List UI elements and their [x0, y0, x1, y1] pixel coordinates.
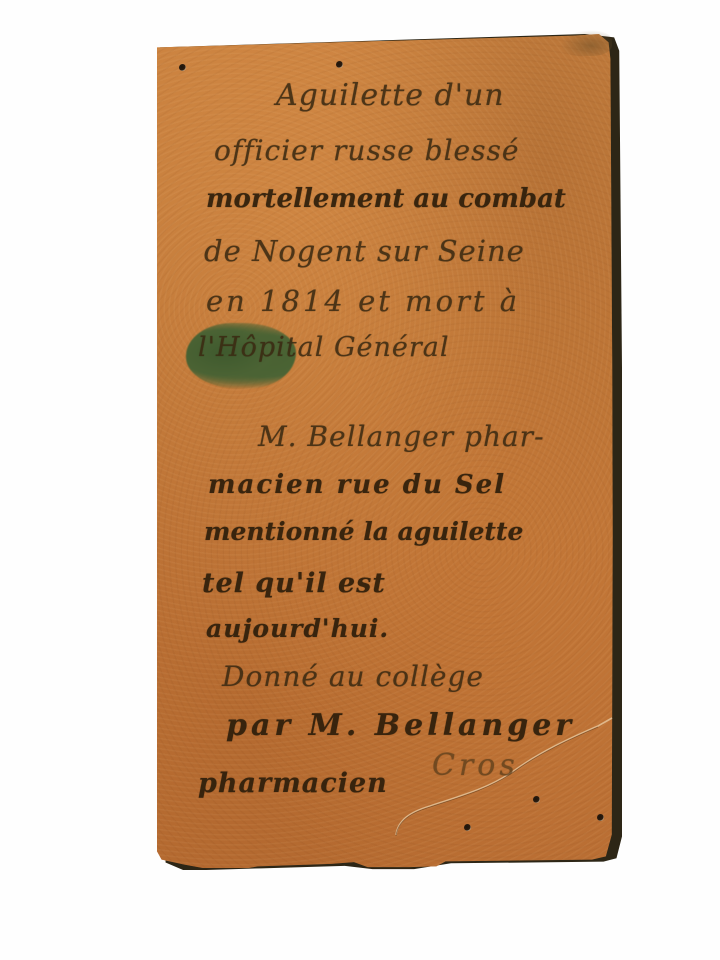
- handwritten-line-14: pharmacien: [198, 768, 388, 799]
- handwritten-line-8: macien rue du Sel: [208, 470, 506, 500]
- handwritten-line-3: mortellement au combat: [206, 184, 566, 214]
- handwritten-line-5: en 1814 et mort à: [206, 284, 520, 318]
- handwritten-line-10: tel qu'il est: [202, 568, 386, 599]
- pin-hole: [533, 796, 540, 803]
- handwritten-line-7: M. Bellanger phar-: [258, 420, 545, 453]
- pin-hole: [336, 61, 343, 68]
- pin-hole: [597, 814, 604, 821]
- pin-hole: [464, 824, 471, 831]
- handwritten-line-13: par M. Bellanger: [226, 708, 575, 743]
- pin-hole: [179, 64, 186, 71]
- handwritten-line-4: de Nogent sur Seine: [204, 234, 525, 268]
- handwritten-line-15: Cros: [432, 748, 519, 783]
- corner-wear: [560, 30, 612, 56]
- handwritten-line-11: aujourd'hui.: [206, 614, 389, 643]
- handwritten-line-1: Aguilette d'un: [276, 78, 505, 113]
- handwritten-line-12: Donné au collège: [222, 660, 484, 693]
- handwritten-line-2: officier russe blessé: [214, 134, 519, 167]
- handwritten-line-9: mentionné la aguilette: [204, 517, 523, 546]
- handwritten-line-6: l'Hôpital Général: [198, 332, 450, 363]
